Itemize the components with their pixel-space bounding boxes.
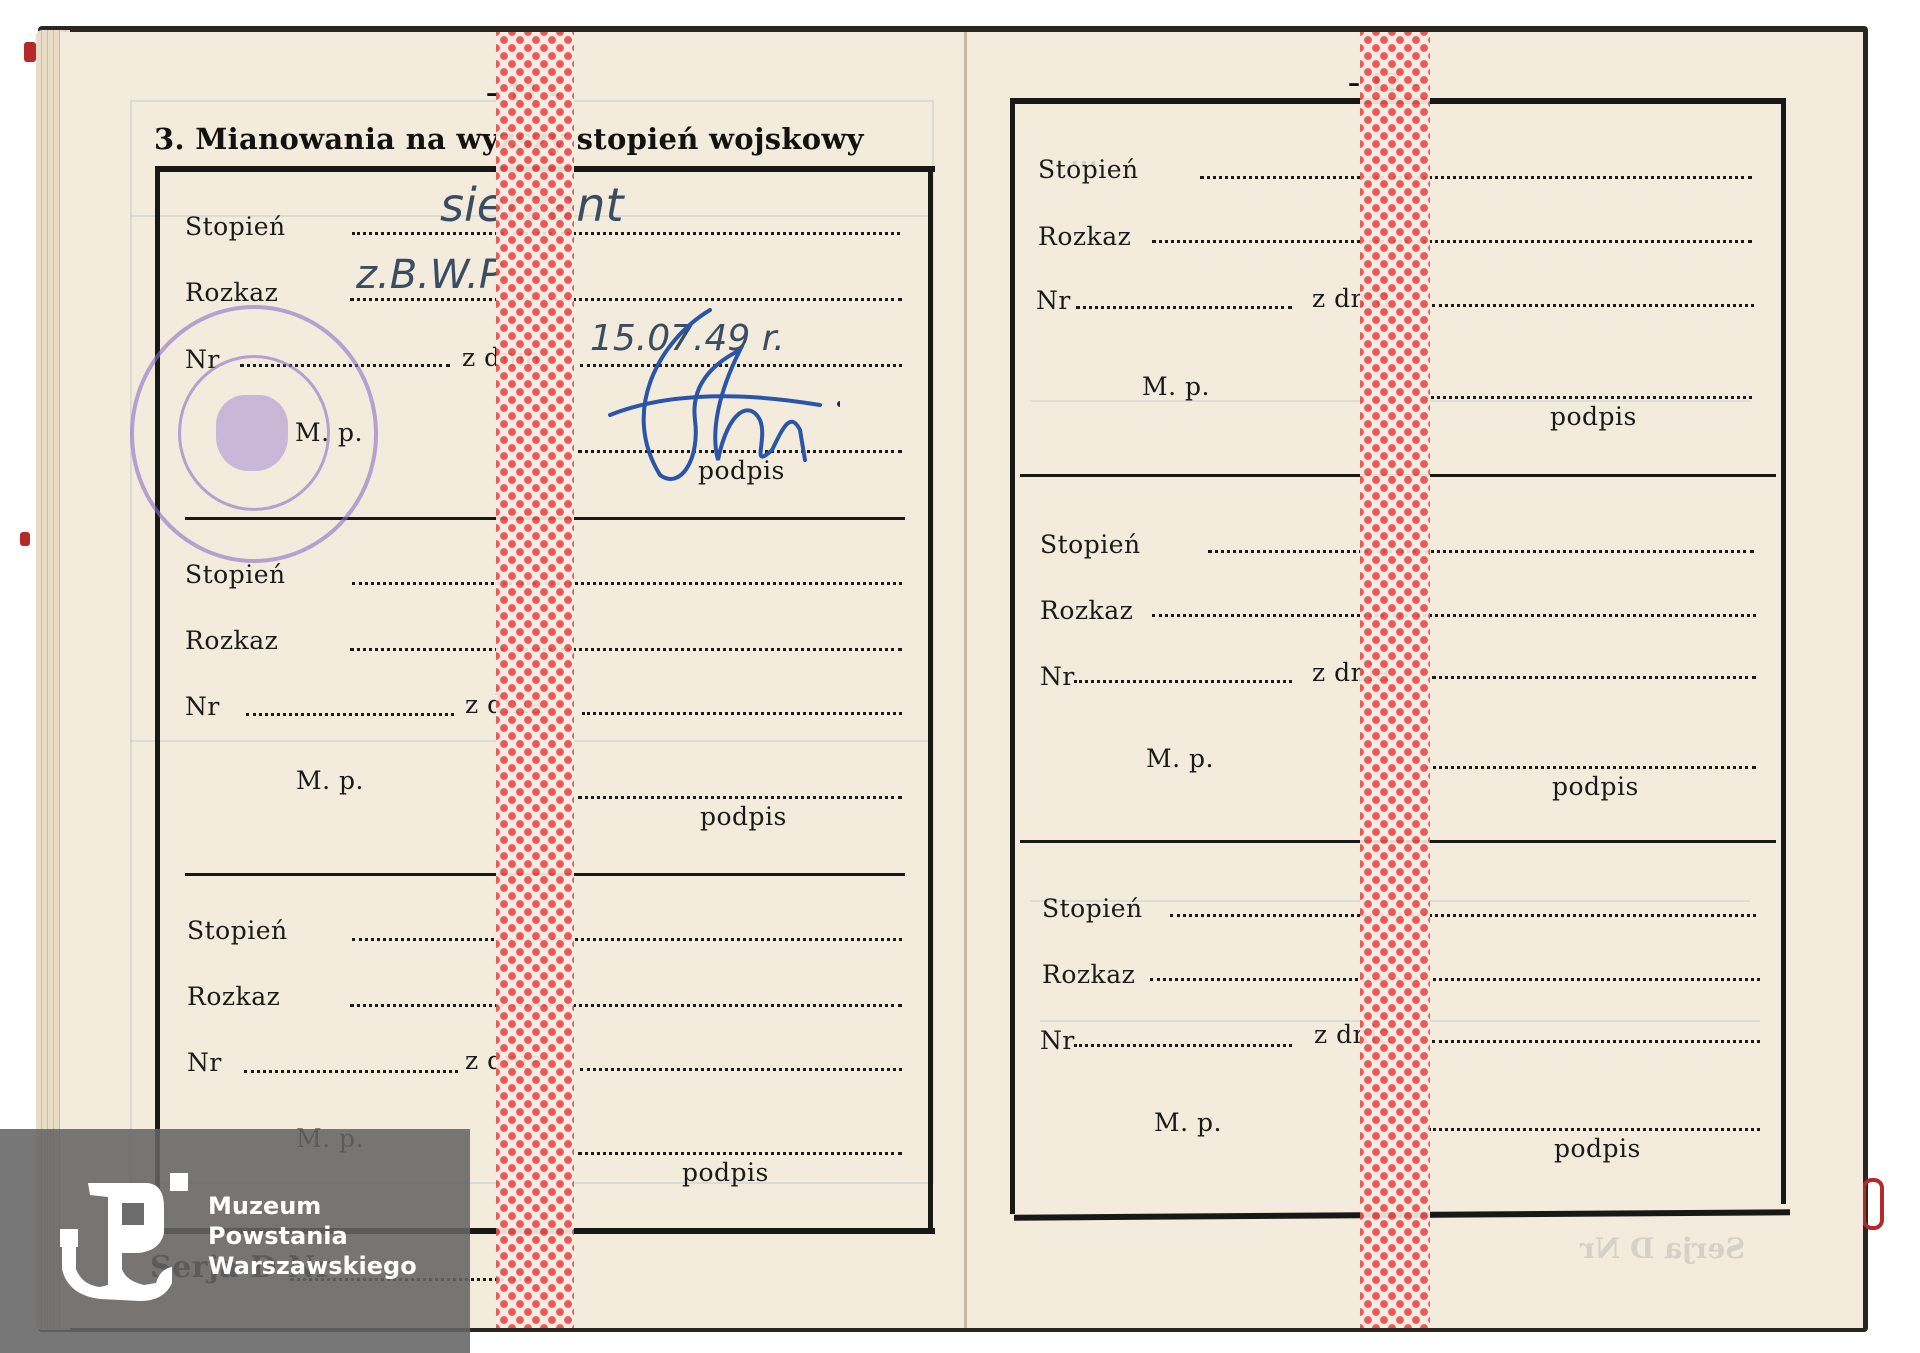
- stopien-label: Stopień: [1042, 894, 1143, 923]
- podpis-label: podpis: [1554, 1134, 1641, 1163]
- rozkaz-label: Rozkaz: [1042, 960, 1135, 989]
- stopien-field[interactable]: [352, 582, 902, 585]
- kotwica-anchor-icon: [60, 1173, 190, 1303]
- nr-field[interactable]: [1076, 306, 1292, 309]
- rozkaz-field[interactable]: [350, 1004, 902, 1007]
- stopien-field[interactable]: [1208, 550, 1754, 553]
- frame-right: [1781, 104, 1786, 1204]
- z-dnia-field[interactable]: [582, 712, 902, 715]
- security-strip: [1360, 32, 1430, 1328]
- nr-field[interactable]: [244, 1070, 458, 1073]
- rozkaz-label: Rozkaz: [187, 982, 280, 1011]
- stopien-field[interactable]: [352, 232, 900, 235]
- security-strip: [496, 32, 574, 1328]
- museum-name-line1: Muzeum: [208, 1191, 321, 1221]
- stopien-label: Stopień: [1040, 530, 1141, 559]
- stopien-label: Stopień: [1038, 155, 1139, 184]
- stopien-field[interactable]: [1170, 914, 1756, 917]
- stopien-label: Stopień: [185, 212, 286, 241]
- nr-label: Nr: [1040, 1026, 1075, 1055]
- museum-name-line2: Powstania: [208, 1221, 348, 1251]
- rozkaz-label: Rozkaz: [1040, 596, 1133, 625]
- nr-label: Nr: [187, 1048, 222, 1077]
- stopien-field[interactable]: [352, 938, 902, 941]
- official-stamp: [130, 305, 378, 563]
- mp-label: M. p.: [1142, 372, 1210, 401]
- podpis-label: podpis: [682, 1158, 769, 1187]
- rozkaz-label: Rozkaz: [185, 626, 278, 655]
- podpis-label: podpis: [1552, 772, 1639, 801]
- bleed-through-series-text: Serja D Nr: [1580, 1232, 1745, 1265]
- podpis-label: podpis: [1550, 402, 1637, 431]
- stopien-label: Stopień: [185, 560, 286, 589]
- podpis-field[interactable]: [1426, 766, 1756, 769]
- mp-label: M. p.: [296, 766, 364, 795]
- z-dnia-field[interactable]: [1432, 304, 1754, 307]
- rozkaz-field[interactable]: [1152, 240, 1752, 243]
- stopien-field[interactable]: [1200, 176, 1752, 179]
- frame-left: [1010, 104, 1015, 1214]
- rozkaz-field[interactable]: [350, 648, 902, 651]
- frame-left: [155, 172, 160, 1232]
- mp-label: M. p.: [1154, 1108, 1222, 1137]
- museum-watermark: Muzeum Powstania Warszawskiego: [0, 1129, 470, 1353]
- nr-field[interactable]: [1074, 680, 1292, 683]
- stopien-label: Stopień: [187, 916, 288, 945]
- podpis-field[interactable]: [1428, 1128, 1760, 1131]
- podpis-label: podpis: [700, 802, 787, 831]
- podpis-field[interactable]: [578, 796, 902, 799]
- nr-label: Nr: [1040, 662, 1075, 691]
- z-dnia-field[interactable]: [1432, 676, 1756, 679]
- z-dnia-field[interactable]: [1432, 1040, 1760, 1043]
- rozkaz-label: Rozkaz: [185, 278, 278, 307]
- eagle-emblem-icon: [216, 395, 288, 471]
- binding-thread-loop: [1862, 1178, 1884, 1230]
- museum-name-line3: Warszawskiego: [208, 1251, 417, 1281]
- podpis-field[interactable]: [578, 1152, 902, 1155]
- frame-right: [928, 172, 933, 1232]
- nr-label: Nr: [1036, 286, 1071, 315]
- rozkaz-field[interactable]: [1152, 614, 1756, 617]
- rozkaz-field[interactable]: [1150, 978, 1760, 981]
- nr-field[interactable]: [1074, 1044, 1292, 1047]
- mp-label: M. p.: [1146, 744, 1214, 773]
- bookmark-thread: [20, 532, 30, 546]
- podpis-field[interactable]: [1426, 396, 1752, 399]
- z-dnia-field[interactable]: [580, 1068, 902, 1071]
- signature-icon: [600, 300, 840, 490]
- rozkaz-handwritten-value: z.B.W.P.: [356, 252, 510, 298]
- rozkaz-label: Rozkaz: [1038, 222, 1131, 251]
- bookmark-thread: [24, 42, 36, 62]
- nr-field[interactable]: [246, 713, 454, 716]
- nr-label: Nr: [185, 692, 220, 721]
